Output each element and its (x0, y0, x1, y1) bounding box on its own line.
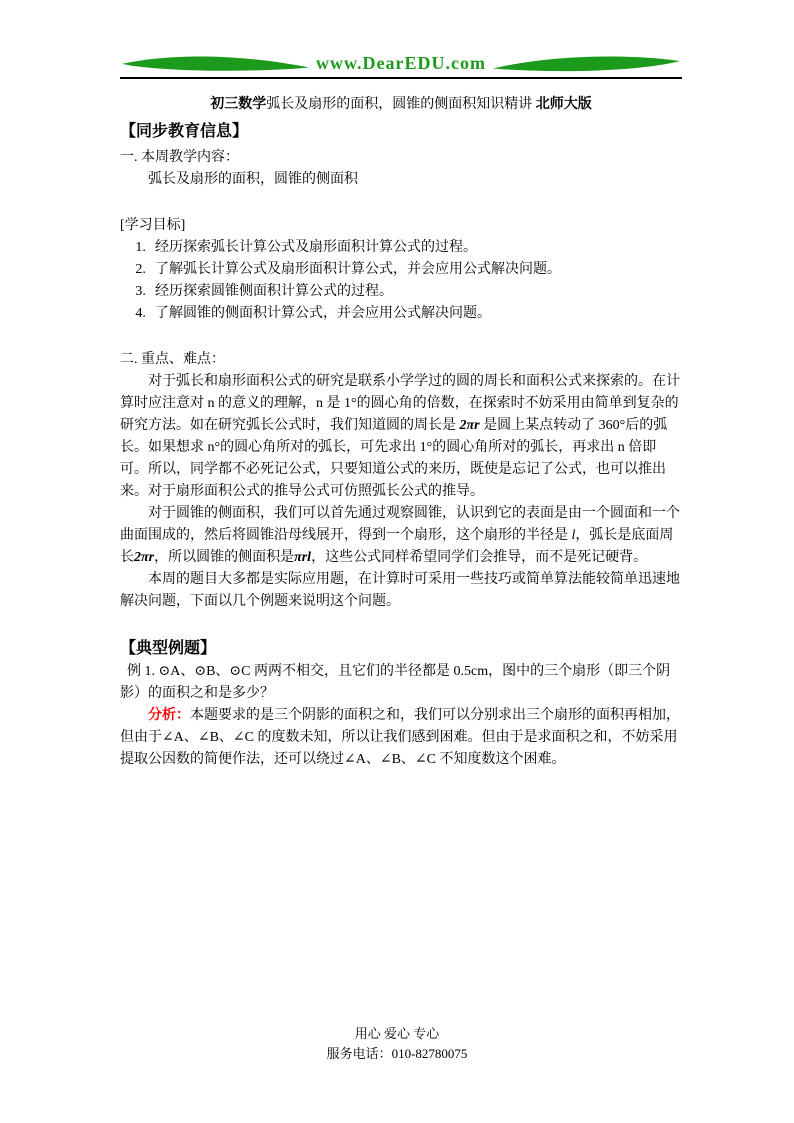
goal-item: 3.经历探索圆锥侧面积计算公式的过程。 (120, 281, 682, 303)
examples-heading: 【典型例题】 (120, 637, 682, 661)
week-content-label: 一. 本周教学内容： (120, 147, 682, 169)
goal-text: 了解圆锥的侧面积计算公式，并会应用公式解决问题。 (155, 306, 491, 321)
brand-swoosh-left-icon (120, 52, 312, 74)
sync-info-heading: 【同步教育信息】 (120, 120, 682, 144)
goal-number: 3. (135, 281, 155, 303)
week-content-text: 弧长及扇形的面积，圆锥的侧面积 (120, 169, 682, 191)
key-points-paragraph-3: 本周的题目大多都是实际应用题，在计算时可采用一些技巧或简单算法能较简单迅速地解决… (120, 569, 682, 613)
analysis-text: 本题要求的是三个阴影的面积之和，我们可以分别求出三个扇形的面积再相加，但由于∠A… (120, 708, 680, 767)
goal-text: 经历探索圆锥侧面积计算公式的过程。 (155, 284, 393, 299)
goal-text: 了解弧长计算公式及扇形面积计算公式，并会应用公式解决问题。 (155, 262, 561, 277)
key-points-paragraph-1: 对于弧长和扇形面积公式的研究是联系小学学过的圆的周长和面积公式来探索的。在计算时… (120, 371, 682, 503)
page-content: www.DearEDU.com 初三数学弧长及扇形的面积，圆锥的侧面积知识精讲 … (120, 0, 682, 771)
analysis-paragraph: 分析：本题要求的是三个阴影的面积之和，我们可以分别求出三个扇形的面积再相加，但由… (120, 705, 682, 771)
formula-lateral-area: πrl (294, 550, 311, 565)
formula-base-circumference: 2πr (134, 550, 154, 565)
example-text: ⊙A、⊙B、⊙C 两两不相交，且它们的半径都是 0.5cm，图中的三个扇形（即三… (120, 664, 670, 701)
goal-text: 经历探索弧长计算公式及扇形面积计算公式的过程。 (155, 240, 477, 255)
goal-item: 1.经历探索弧长计算公式及扇形面积计算公式的过程。 (120, 237, 682, 259)
header-rule (120, 77, 682, 79)
site-url: www.DearEDU.com (312, 53, 490, 74)
footer-phone: 服务电话：010-82780075 (0, 1044, 794, 1064)
example-1: 例 1. ⊙A、⊙B、⊙C 两两不相交，且它们的半径都是 0.5cm，图中的三个… (120, 661, 682, 705)
footer-motto: 用心 爱心 专心 (0, 1024, 794, 1044)
example-label: 例 1. (127, 664, 155, 679)
goal-number: 2. (135, 259, 155, 281)
goal-number: 1. (135, 237, 155, 259)
key-points-paragraph-2: 对于圆锥的侧面积，我们可以首先通过观察圆锥，认识到它的表面是由一个圆面和一个曲面… (120, 503, 682, 569)
goal-number: 4. (135, 303, 155, 325)
goals-heading: [学习目标] (120, 215, 682, 237)
brand-header: www.DearEDU.com (120, 0, 682, 76)
brand-swoosh-right-icon (490, 52, 682, 74)
goal-item: 2.了解弧长计算公式及扇形面积计算公式，并会应用公式解决问题。 (120, 259, 682, 281)
document-page: www.DearEDU.com 初三数学弧长及扇形的面积，圆锥的侧面积知识精讲 … (0, 0, 794, 1123)
goals-list: 1.经历探索弧长计算公式及扇形面积计算公式的过程。 2.了解弧长计算公式及扇形面… (120, 237, 682, 325)
formula-circumference: 2πr (460, 418, 480, 433)
title-main: 弧长及扇形的面积，圆锥的侧面积知识精讲 (266, 97, 532, 112)
doc-title: 初三数学弧长及扇形的面积，圆锥的侧面积知识精讲 北师大版 (120, 95, 682, 115)
key-points-heading: 二. 重点、难点： (120, 349, 682, 371)
paragraph-text: ，所以圆锥的侧面积是 (154, 550, 294, 565)
title-grade: 初三数学 (210, 97, 266, 112)
analysis-label: 分析： (148, 708, 190, 723)
title-edition: 北师大版 (536, 97, 592, 112)
paragraph-text: ，这些公式同样希望同学们会推导，而不是死记硬背。 (311, 550, 647, 565)
page-footer: 用心 爱心 专心 服务电话：010-82780075 (0, 1024, 794, 1064)
goal-item: 4.了解圆锥的侧面积计算公式，并会应用公式解决问题。 (120, 303, 682, 325)
